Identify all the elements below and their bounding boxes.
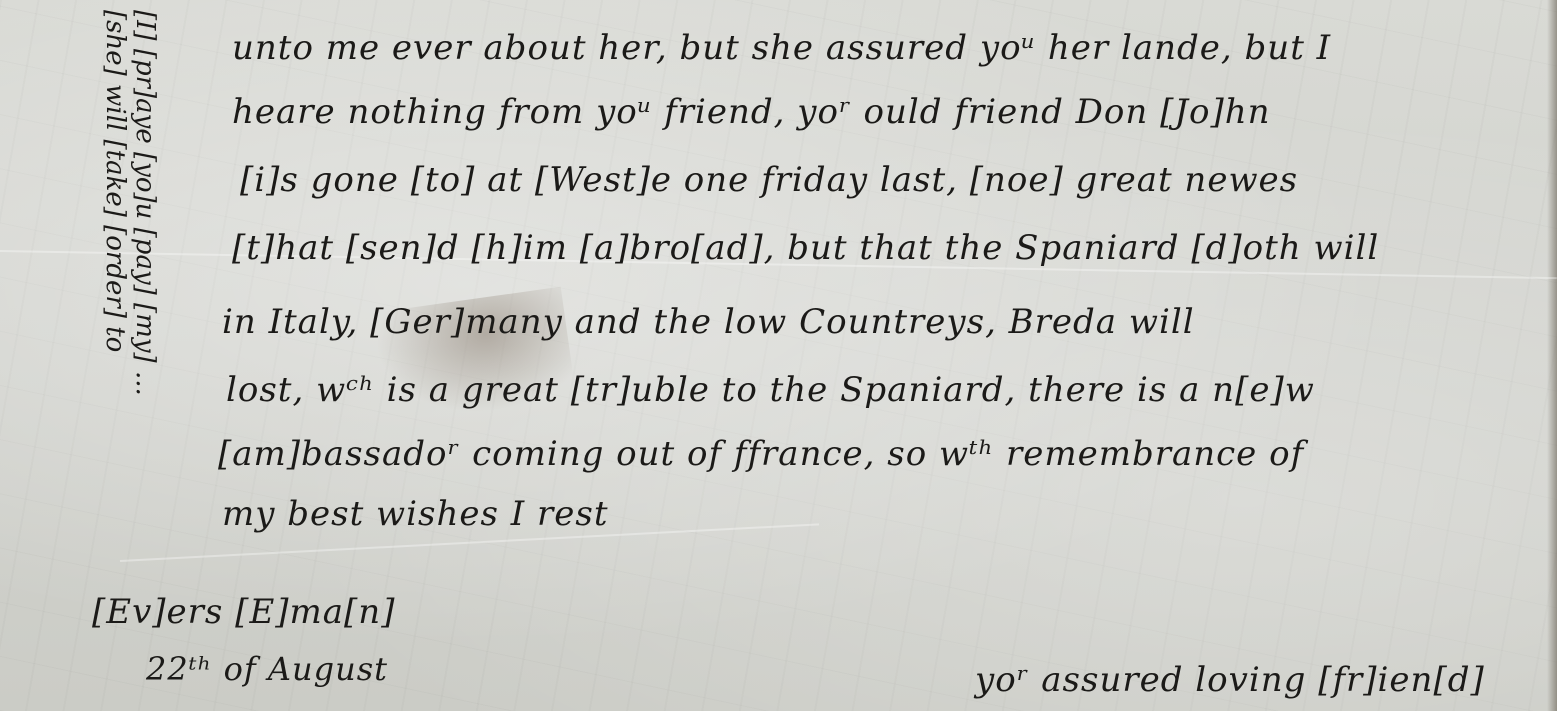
letter-line-2: heare nothing from yoᵘ friend, yoʳ ould …: [232, 92, 1271, 132]
letter-line-1: unto me ever about her, but she assured …: [232, 28, 1331, 68]
manuscript-page: [I] [pr]aye [yo]u [pay] [my] ... [she] w…: [0, 0, 1557, 711]
letter-line-4: [t]hat [sen]d [h]im [a]bro[ad], but that…: [232, 228, 1379, 268]
letter-line-6: lost, wᶜʰ is a great [tr]uble to the Spa…: [226, 370, 1315, 410]
letter-line-3: [i]s gone [to] at [West]e one friday las…: [240, 160, 1298, 200]
margin-note-line-1: [I] [pr]aye [yo]u [pay] [my] ...: [130, 10, 160, 396]
page-edge: [1547, 0, 1557, 711]
margin-note-line-2: [she] will [take] [order] to: [100, 10, 130, 352]
date-line: 22ᵗʰ of August: [146, 650, 388, 688]
letter-line-7: [am]bassadoʳ coming out of ffrance, so w…: [218, 434, 1304, 474]
closing-salutation: yoʳ assured loving [fr]ien[d]: [975, 660, 1485, 700]
signoff-line: [Ev]ers [E]ma[n]: [92, 592, 395, 632]
letter-line-8: my best wishes I rest: [222, 494, 608, 534]
letter-line-5: in Italy, [Ger]many and the low Countrey…: [222, 302, 1195, 342]
